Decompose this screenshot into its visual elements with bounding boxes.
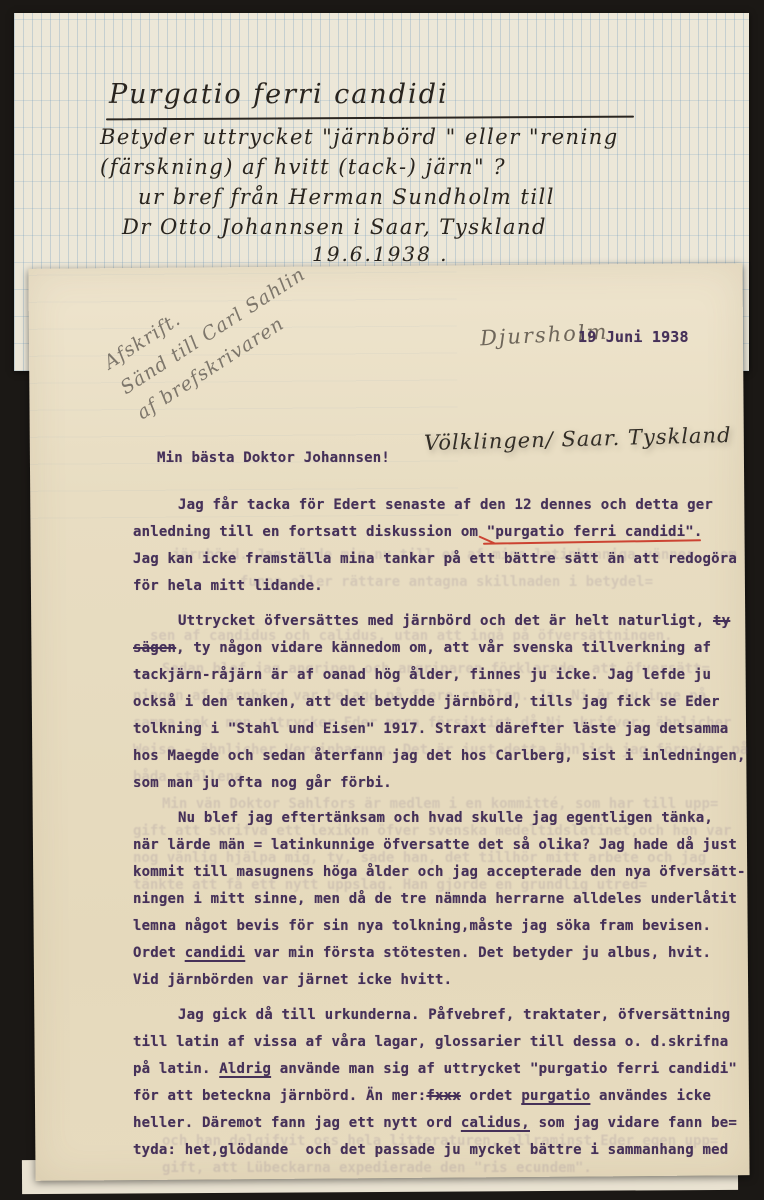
- text-segment: Jag får tacka för Edert senaste af den 1…: [178, 497, 713, 513]
- letter-line: som man ju ofta nog går förbi.: [133, 770, 755, 797]
- letter-line: till latin af vissa af våra lagar, gloss…: [133, 1029, 755, 1056]
- text-segment: ningen i mitt sinne, men då de tre nämnd…: [133, 891, 737, 907]
- typed-date: 19 Juni 1938: [578, 328, 689, 346]
- letter-line: när lärde män = latinkunnige öfversatte …: [133, 832, 755, 859]
- handwritten-note-line: (färskning) af hvitt (tack-) järn" ?: [100, 155, 506, 179]
- text-segment: lemna något bevis för sin nya tolkning,m…: [133, 918, 711, 934]
- letter-line: heller. Däremot fann jag ett nytt ord ca…: [133, 1110, 755, 1137]
- letter-line: tackjärn-råjärn är af oanad hög ålder, f…: [133, 662, 755, 689]
- red-underlined-phrase: "purgatio ferri candidi".: [487, 524, 703, 540]
- struck-out-word: ty: [713, 613, 730, 629]
- title-underline: [106, 116, 634, 121]
- text-segment: Jag gick då till urkunderna. Påfvebref, …: [178, 1007, 730, 1023]
- text-segment: som jag vidare fann be=: [530, 1115, 737, 1131]
- letter-line: kommit till masugnens höga ålder och jag…: [133, 859, 755, 886]
- letter-line: Jag kan icke framställa mina tankar på e…: [133, 546, 755, 573]
- text-segment: användes icke: [590, 1088, 711, 1104]
- letter-line: tyda: het,glödande och det passade ju my…: [133, 1137, 755, 1164]
- letter-line: sägen, ty någon vidare kännedom om, att …: [133, 635, 755, 662]
- letter-line: tolkning i "Stahl und Eisen" 1917. Strax…: [133, 716, 755, 743]
- underlined-word: Aldrig: [219, 1061, 271, 1077]
- text-segment: Vid järnbörden var järnet icke hvitt.: [133, 972, 452, 988]
- letter-line: anledning till en fortsatt diskussion om…: [133, 519, 755, 546]
- letter-line: för att beteckna järnbörd. Än mer:fxxx o…: [133, 1083, 755, 1110]
- text-segment: heller. Däremot fann jag ett nytt ord: [133, 1115, 461, 1131]
- text-segment: som man ju ofta nog går förbi.: [133, 775, 392, 791]
- letter-line: lemna något bevis för sin nya tolkning,m…: [133, 913, 755, 940]
- letter-line: Vid järnbörden var järnet icke hvitt.: [133, 967, 755, 994]
- letter-line: också i den tanken, att det betydde järn…: [133, 689, 755, 716]
- text-segment: Uttrycket öfversättes med järnbörd och d…: [178, 613, 713, 629]
- text-segment: på latin.: [133, 1061, 219, 1077]
- letter-paragraph: Jag gick då till urkunderna. Påfvebref, …: [133, 1002, 755, 1164]
- letter-paragraph: Uttrycket öfversättes med järnbörd och d…: [133, 608, 755, 797]
- letter-line: Nu blef jag eftertänksam och hvad skulle…: [133, 805, 755, 832]
- text-segment: ordet: [461, 1088, 521, 1104]
- salutation: Min bästa Doktor Johannsen!: [157, 450, 390, 466]
- text-segment: för att beteckna järnbörd. Än mer:: [133, 1088, 426, 1104]
- letter-paragraph: Nu blef jag eftertänksam och hvad skulle…: [133, 805, 755, 994]
- underlined-word: purgatio: [521, 1088, 590, 1104]
- text-segment: till latin af vissa af våra lagar, gloss…: [133, 1034, 728, 1050]
- text-segment: hos Maegde och sedan återfann jag det ho…: [133, 748, 746, 764]
- letter-line: ningen i mitt sinne, men då de tre nämnd…: [133, 886, 755, 913]
- text-segment: var min första stötesten. Det betyder ju…: [245, 945, 711, 961]
- letter-line: på latin. Aldrig använde man sig af uttr…: [133, 1056, 755, 1083]
- letter-line: Jag gick då till urkunderna. Påfvebref, …: [133, 1002, 755, 1029]
- text-segment: för hela mitt lidande.: [133, 578, 323, 594]
- struck-out-word: fxxx: [426, 1088, 461, 1104]
- letter-line: Jag får tacka för Edert senaste af den 1…: [133, 492, 755, 519]
- struck-out-word: sägen: [133, 640, 176, 656]
- text-segment: använde man sig af uttrycket "purgatio f…: [271, 1061, 737, 1077]
- letter-paragraph: Jag får tacka för Edert senaste af den 1…: [133, 492, 755, 600]
- letter-line: för hela mitt lidande.: [133, 573, 755, 600]
- letter-line: hos Maegde och sedan återfann jag det ho…: [133, 743, 755, 770]
- text-segment: tolkning i "Stahl und Eisen" 1917. Strax…: [133, 721, 728, 737]
- handwritten-note-line: Betyder uttrycket "järnbörd " eller "ren…: [100, 125, 619, 149]
- text-segment: Ordet: [133, 945, 185, 961]
- underlined-word: candidi: [185, 945, 245, 961]
- text-segment: kommit till masugnens höga ålder och jag…: [133, 864, 746, 880]
- letter-line: Ordet candidi var min första stötesten. …: [133, 940, 755, 967]
- text-segment: tyda: het,glödande och det passade ju my…: [133, 1142, 728, 1158]
- text-segment: när lärde män = latinkunnige öfversatte …: [133, 837, 737, 853]
- underlined-word: calidus,: [461, 1115, 530, 1131]
- letter-line: Uttrycket öfversättes med järnbörd och d…: [133, 608, 755, 635]
- text-segment: anledning till en fortsatt diskussion om: [133, 524, 487, 540]
- handwritten-note-line: ur bref från Herman Sundholm till: [138, 185, 555, 209]
- text-segment: , ty någon vidare kännedom om, att vår s…: [176, 640, 711, 656]
- text-segment: tackjärn-råjärn är af oanad hög ålder, f…: [133, 667, 711, 683]
- text-segment: också i den tanken, att det betydde järn…: [133, 694, 720, 710]
- letter-body: Jag får tacka för Edert senaste af den 1…: [133, 492, 755, 1164]
- handwritten-title: Purgatio ferri candidi: [109, 79, 449, 110]
- text-segment: Jag kan icke framställa mina tankar på e…: [133, 551, 737, 567]
- text-segment: Nu blef jag eftertänksam och hvad skulle…: [178, 810, 713, 826]
